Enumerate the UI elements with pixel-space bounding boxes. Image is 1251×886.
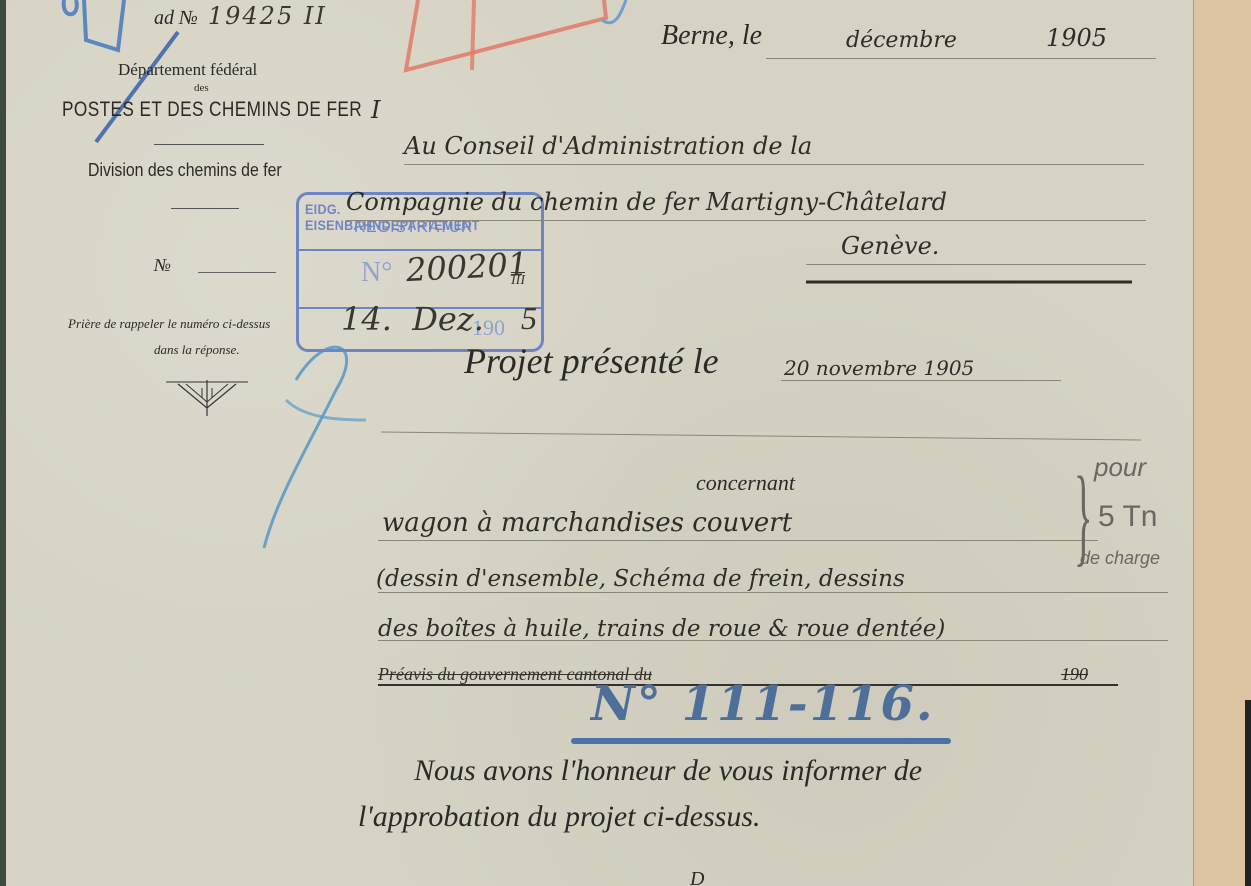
- number-label: №: [154, 255, 171, 276]
- reference-underline: [571, 738, 951, 744]
- addressee-line1: Au Conseil d'Administration de la: [404, 132, 812, 160]
- subject-line1: wagon à marchandises couvert: [382, 508, 792, 538]
- concerning-label: concernant: [696, 470, 795, 496]
- backing-sheet: [1194, 0, 1251, 886]
- margin-note-line1: pour: [1094, 452, 1146, 483]
- department-roman: I: [371, 96, 380, 124]
- subject-line3: des boîtes à huile, trains de roue & rou…: [378, 616, 945, 642]
- stamp-line2: REGISTRATUR: [354, 219, 473, 237]
- body-line1: Nous avons l'honneur de vous informer de: [414, 754, 922, 788]
- reference-numbers: N° 111-116.: [591, 676, 935, 732]
- stamp-year-hand: 5: [521, 300, 537, 337]
- ad-number: ad №19425 II: [154, 2, 327, 30]
- stamp-number-suffix: III: [511, 272, 525, 289]
- page-mark: D: [690, 868, 704, 886]
- document-page: ad №19425 II Département fédéral des POS…: [0, 0, 1194, 886]
- reminder-line2: dans la réponse.: [154, 342, 240, 358]
- department-line2: des: [194, 82, 209, 94]
- margin-note-line2: 5 Tn: [1098, 500, 1158, 534]
- project-label: Projet présenté le: [464, 340, 719, 382]
- body-line2: l'approbation du projet ci-dessus.: [358, 800, 761, 834]
- number-line: [198, 272, 276, 273]
- stamp-number-label: N°: [361, 257, 392, 289]
- project-date: 20 novembre 1905: [784, 356, 974, 380]
- addressee-line2: Compagnie du chemin de fer Martigny-Chât…: [346, 188, 947, 216]
- margin-note-line3: de charge: [1080, 548, 1160, 569]
- dateline-year: 1905: [1046, 24, 1107, 52]
- preavis-year: 190: [1061, 664, 1088, 685]
- divider: [171, 208, 239, 209]
- stamp-date: 14. Dez.: [341, 300, 484, 338]
- dateline-place: Berne, le: [661, 20, 762, 52]
- dateline-month: décembre: [846, 28, 957, 53]
- department-line1: Département fédéral: [118, 60, 257, 80]
- divider: [154, 144, 264, 145]
- division-label: Division des chemins de fer: [88, 160, 282, 181]
- department-title: POSTES ET DES CHEMINS DE FER: [62, 98, 362, 122]
- fleuron-ornament-icon: [164, 378, 250, 418]
- addressee-line3: Genève.: [841, 232, 939, 260]
- reminder-line1: Prière de rappeler le numéro ci-dessus: [68, 316, 270, 332]
- subject-line2: (dessin d'ensemble, Schéma de frein, des…: [376, 566, 905, 592]
